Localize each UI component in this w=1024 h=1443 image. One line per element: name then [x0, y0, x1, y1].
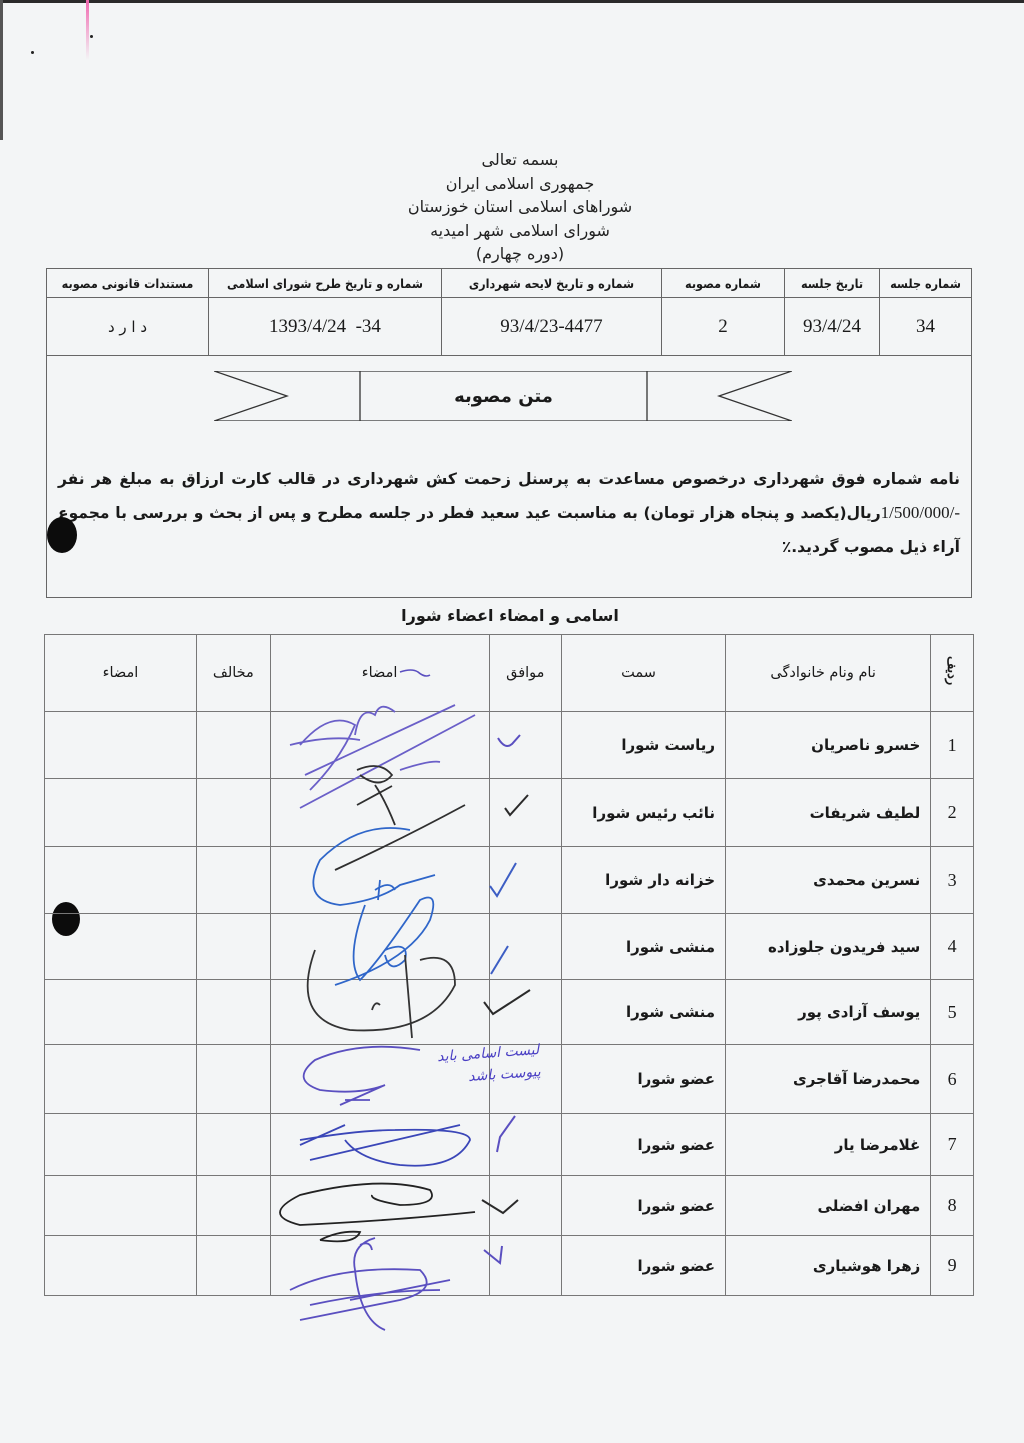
member-row: 8 مهران افضلی عضو شورا — [45, 1176, 974, 1236]
member-signature-cell — [270, 1114, 489, 1176]
handwritten-note: لیست اسامی باید پیوست باشد — [424, 1039, 542, 1091]
member-signature-cell — [270, 980, 489, 1045]
header-line-country: جمهوری اسلامی ایران — [380, 172, 660, 196]
member-name: خسرو ناصریان — [726, 712, 931, 779]
col-agree: موافق — [489, 635, 562, 712]
col-index: ردیف — [931, 635, 974, 712]
member-agree-cell — [489, 1176, 562, 1236]
meta-header-row: شماره جلسه تاریخ جلسه شماره مصوبه شماره … — [47, 269, 972, 298]
member-signature2-cell — [45, 1045, 197, 1114]
member-row: 4 سید فریدون جلوزاده منشی شورا — [45, 914, 974, 980]
members-header-row: ردیف نام ونام خانوادگی سمت موافق امضاء م… — [45, 635, 974, 712]
member-signature-cell — [270, 712, 489, 779]
meta-value-row: 34 93/4/24 2 93/4/23-4477 1393/4/24 -34 … — [47, 298, 972, 356]
resolution-number: 2 — [662, 298, 785, 356]
col-legal-documents: مستندات قانونی مصوبه — [47, 269, 209, 298]
member-agree-cell — [489, 980, 562, 1045]
member-signature2-cell — [45, 914, 197, 980]
motion-text: نامه شماره فوق شهرداری درخصوص مساعدت به … — [58, 462, 960, 564]
col-session-number: شماره جلسه — [880, 269, 972, 298]
member-signature2-cell — [45, 847, 197, 914]
punch-hole — [47, 517, 77, 553]
member-name: یوسف آزادی پور — [726, 980, 931, 1045]
member-name: سید فریدون جلوزاده — [726, 914, 931, 980]
member-signature2-cell — [45, 1114, 197, 1176]
member-oppose-cell — [196, 712, 270, 779]
scan-speck — [31, 51, 34, 54]
member-oppose-cell — [196, 1176, 270, 1236]
header-line-term: (دوره چهارم) — [380, 242, 660, 266]
col-municipality-bill: شماره و تاریخ لایحه شهرداری — [442, 269, 662, 298]
member-signature-cell — [270, 779, 489, 847]
member-name: غلامرضا یار — [726, 1114, 931, 1176]
motion-text-part2: ریال(یکصد و پنجاه هزار تومان) به مناسبت … — [58, 504, 960, 556]
header-line-invocation: بسمه تعالی — [380, 148, 660, 172]
member-signature2-cell — [45, 1236, 197, 1296]
member-index: 9 — [931, 1236, 974, 1296]
member-role: عضو شورا — [562, 1114, 726, 1176]
session-date: 93/4/24 — [785, 298, 880, 356]
member-row: 9 زهرا هوشیاری عضو شورا — [45, 1236, 974, 1296]
member-role: منشی شورا — [562, 914, 726, 980]
member-index: 3 — [931, 847, 974, 914]
member-row: 3 نسرین محمدی خزانه دار شورا — [45, 847, 974, 914]
member-index: 5 — [931, 980, 974, 1045]
member-index: 2 — [931, 779, 974, 847]
member-oppose-cell — [196, 1236, 270, 1296]
letterhead: بسمه تعالی جمهوری اسلامی ایران شوراهای ا… — [380, 148, 660, 266]
members-title: اسامی و امضاء اعضاء شورا — [300, 606, 720, 625]
member-signature2-cell — [45, 1176, 197, 1236]
member-name: مهران افضلی — [726, 1176, 931, 1236]
col-role: سمت — [562, 635, 726, 712]
member-signature-cell — [270, 1236, 489, 1296]
member-agree-cell — [489, 847, 562, 914]
municipality-bill: 93/4/23-4477 — [442, 298, 662, 356]
member-role: نائب رئیس شورا — [562, 779, 726, 847]
member-index: 4 — [931, 914, 974, 980]
col-resolution-number: شماره مصوبه — [662, 269, 785, 298]
member-role: ریاست شورا — [562, 712, 726, 779]
member-name: زهرا هوشیاری — [726, 1236, 931, 1296]
member-oppose-cell — [196, 847, 270, 914]
session-number: 34 — [880, 298, 972, 356]
council-plan: 1393/4/24 -34 — [209, 298, 442, 356]
member-role: خزانه دار شورا — [562, 847, 726, 914]
member-agree-cell — [489, 712, 562, 779]
member-name: محمدرضا آقاجری — [726, 1045, 931, 1114]
member-name: نسرین محمدی — [726, 847, 931, 914]
col-oppose: مخالف — [196, 635, 270, 712]
member-index: 6 — [931, 1045, 974, 1114]
header-line-city-council: شورای اسلامی شهر امیدیه — [380, 219, 660, 243]
member-agree-cell — [489, 779, 562, 847]
member-row: 7 غلامرضا یار عضو شورا — [45, 1114, 974, 1176]
member-index: 1 — [931, 712, 974, 779]
col-name: نام ونام خانوادگی — [726, 635, 931, 712]
member-row: 1 خسرو ناصریان ریاست شورا — [45, 712, 974, 779]
col-signature-2: امضاء — [45, 635, 197, 712]
col-session-date: تاریخ جلسه — [785, 269, 880, 298]
member-oppose-cell — [196, 980, 270, 1045]
member-signature-cell — [270, 847, 489, 914]
scan-speck — [90, 35, 93, 38]
motion-amount: -/1/500/000 — [881, 503, 960, 522]
resolution-meta-table: شماره جلسه تاریخ جلسه شماره مصوبه شماره … — [46, 268, 972, 356]
member-signature-cell — [270, 1176, 489, 1236]
member-agree-cell — [489, 1236, 562, 1296]
member-role: عضو شورا — [562, 1236, 726, 1296]
scan-edge — [0, 0, 3, 140]
motion-text-part1: نامه شماره فوق شهرداری درخصوص مساعدت به … — [58, 470, 960, 488]
member-signature-cell — [270, 914, 489, 980]
motion-title: متن مصوبه — [360, 371, 647, 421]
member-oppose-cell — [196, 779, 270, 847]
member-signature2-cell — [45, 779, 197, 847]
member-index: 7 — [931, 1114, 974, 1176]
legal-documents: د ا ر د — [47, 298, 209, 356]
col-signature: امضاء — [270, 635, 489, 712]
members-table: ردیف نام ونام خانوادگی سمت موافق امضاء م… — [44, 634, 974, 1296]
member-name: لطیف شریفات — [726, 779, 931, 847]
member-oppose-cell — [196, 1045, 270, 1114]
header-line-province: شوراهای اسلامی استان خوزستان — [380, 195, 660, 219]
member-index: 8 — [931, 1176, 974, 1236]
member-agree-cell — [489, 1114, 562, 1176]
member-signature2-cell — [45, 712, 197, 779]
member-row: 5 یوسف آزادی پور منشی شورا — [45, 980, 974, 1045]
member-row: 2 لطیف شریفات نائب رئیس شورا — [45, 779, 974, 847]
member-oppose-cell — [196, 914, 270, 980]
member-role: عضو شورا — [562, 1176, 726, 1236]
scan-streak — [86, 0, 89, 60]
member-signature2-cell — [45, 980, 197, 1045]
member-role: عضو شورا — [562, 1045, 726, 1114]
member-agree-cell — [489, 914, 562, 980]
member-role: منشی شورا — [562, 980, 726, 1045]
member-oppose-cell — [196, 1114, 270, 1176]
scan-edge — [0, 0, 1024, 3]
col-council-plan: شماره و تاریخ طرح شورای اسلامی — [209, 269, 442, 298]
